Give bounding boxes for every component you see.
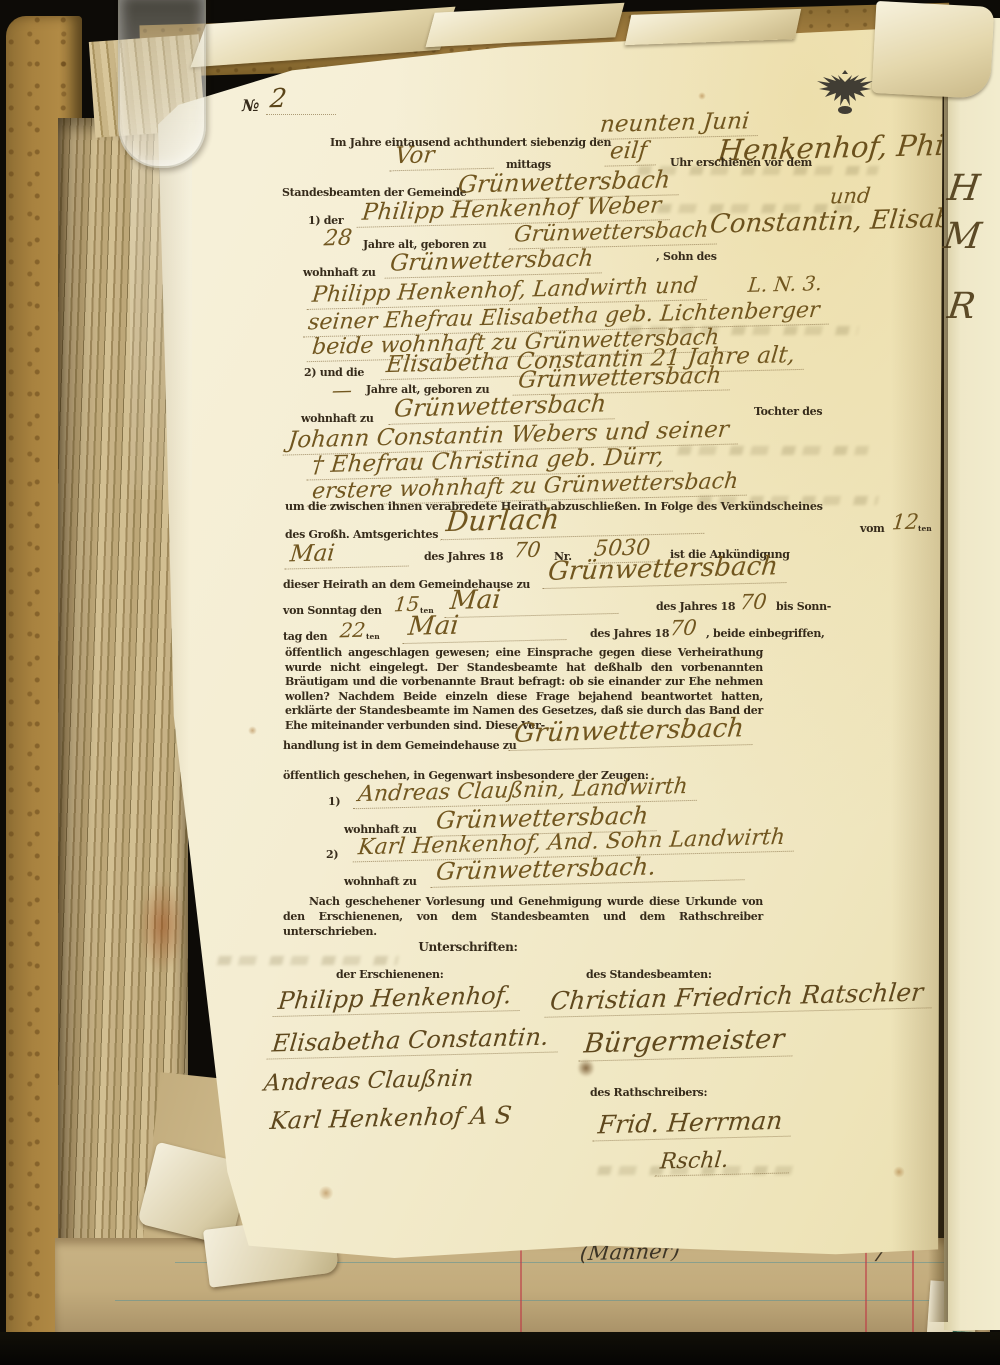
notice-month-hw: Mai: [285, 538, 412, 569]
signature-registrar: Christian Friedrich Ratschler: [545, 977, 935, 1018]
folded-corner: [625, 9, 801, 45]
crumpled-corner: [872, 1, 995, 99]
to-month-hw: Mai: [402, 608, 569, 644]
record-number-label: №: [242, 96, 259, 115]
from-year-hw: 70: [739, 590, 768, 615]
line20-printed2: des Jahres 18: [656, 600, 735, 613]
line21-printed2: des Jahres 18: [590, 627, 669, 640]
bleed-through: [677, 446, 869, 455]
bleed-through: [217, 956, 399, 965]
record-number-value: 2: [269, 84, 288, 114]
witness2-res-hw: Grünwettersbach.: [431, 850, 748, 888]
court-name-hw: Durlach: [440, 499, 707, 541]
line2-vor-hw: Vor: [390, 141, 497, 172]
foxing-spot: [318, 1186, 334, 1200]
margin-reference: L. N. 3.: [747, 271, 823, 297]
closing-paragraph: Nach geschehener Vorlesung und Genehmigu…: [283, 894, 763, 939]
signature-bride: Elisabetha Constantin.: [267, 1022, 560, 1059]
marriage-record-page: № 2 Henkenhof, Philipp und Constantin, E…: [158, 26, 946, 1258]
margin-conjunction: und: [829, 183, 872, 208]
line5-sohn-des: , Sohn des: [656, 250, 717, 263]
line2-uhr: Uhr erschienen vor dem: [670, 156, 812, 169]
bride-age-dash-hw: —: [331, 378, 353, 403]
line2-hour-hw: eilf: [605, 137, 659, 166]
notice-day-hw: 12: [891, 510, 920, 535]
line1-date-hw: neunten Juni: [595, 108, 761, 140]
register-book-scan: ) (Männer) 7 H M R: [0, 0, 1000, 1365]
line21-printed1: tag den: [283, 630, 327, 643]
signatures-left-title: der Erschienenen:: [336, 968, 444, 981]
foxing-spot: [893, 1166, 905, 1178]
registrar-title-hw: Bürgermeister: [578, 1023, 795, 1061]
line6-printed: wohnhaft zu: [303, 266, 376, 279]
signature-clerk-abbr: Rschl.: [655, 1146, 792, 1176]
signature-witness2: Karl Henkenhof A S: [269, 1101, 513, 1135]
ruled-line: [115, 1300, 975, 1301]
next-page-sliver: H M R: [944, 18, 1000, 1330]
signature-witness1: Andreas Claußnin: [263, 1065, 475, 1096]
clamp-reflection: [130, 160, 192, 490]
dotted-rule: [266, 114, 336, 115]
line20-printed3: bis Sonn-: [776, 600, 831, 613]
groom-age-hw: 28: [323, 226, 353, 252]
transparent-page-clamp: [118, 0, 206, 168]
line10-printed: 2) und die: [304, 366, 364, 379]
groom-residence-hw: Grünwettersbach: [385, 245, 605, 278]
neighbor-writing-fragment: R: [945, 286, 978, 327]
signature-groom: Philipp Henkenhof.: [273, 981, 523, 1017]
witness1-num: 1): [328, 795, 340, 808]
signatures-heading: Unterschriften:: [328, 940, 608, 954]
line21-ten: ten: [366, 632, 380, 641]
witness2-num: 2): [326, 848, 338, 861]
neighbor-writing-fragment: H: [945, 168, 982, 209]
to-day-hw: 22: [339, 618, 367, 643]
line22-printed: handlung ist in dem Gemeindehause zu: [283, 739, 516, 752]
margin-line-red: [912, 1238, 914, 1334]
line12-printed1: wohnhaft zu: [301, 412, 374, 425]
foxing-spot: [698, 92, 706, 100]
line12-tochter-des: Tochter des: [754, 405, 822, 418]
signature-clerk: Frid. Herrman: [593, 1106, 794, 1142]
line18-printed1: des Jahres 18: [424, 550, 503, 563]
clerk-title-printed: des Rathschreibers:: [590, 1086, 707, 1099]
line20-printed1: von Sonntag den: [283, 604, 382, 617]
signatures-right-title: des Standesbeamten:: [586, 968, 712, 981]
line17-vom: vom: [860, 522, 884, 535]
notice-year-hw: 70: [513, 538, 542, 563]
to-year-hw: 70: [669, 616, 698, 641]
line21-printed3: , beide einbegriffen,: [706, 627, 825, 640]
witness2-res-printed: wohnhaft zu: [344, 875, 417, 888]
ceremony-town-hw: Grünwettersbach: [508, 713, 755, 751]
margin-line-red: [520, 1238, 522, 1334]
scan-bottom-edge: [0, 1332, 1000, 1365]
foxing-spot: [248, 726, 257, 735]
heraldic-crest-icon: [813, 70, 877, 116]
line17-ten: ten: [918, 524, 932, 533]
groom-birthplace-hw: Grünwettersbach: [509, 217, 720, 249]
rust-stain: [138, 878, 186, 973]
